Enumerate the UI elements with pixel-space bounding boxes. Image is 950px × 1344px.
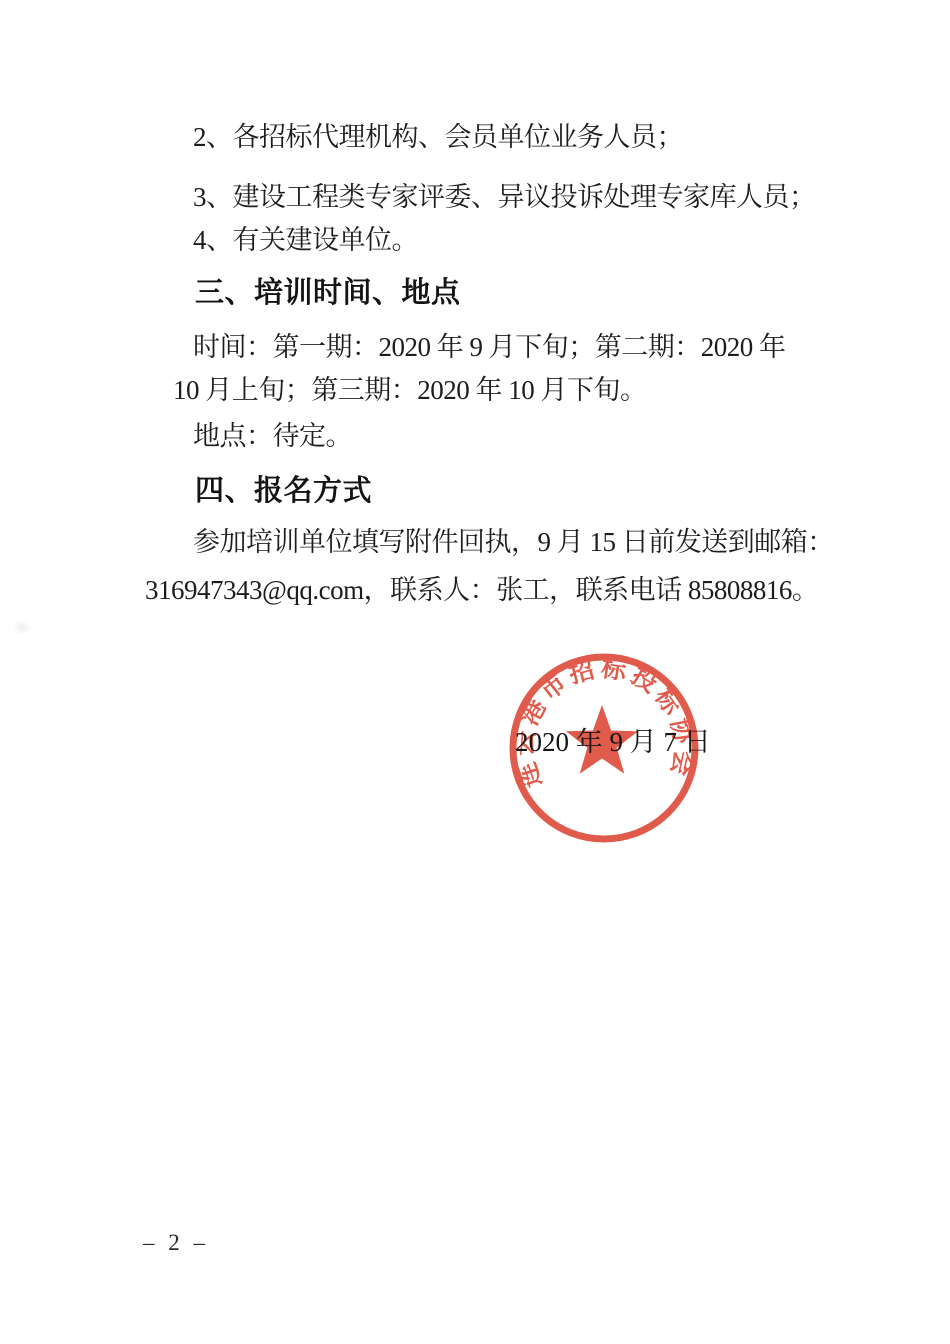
- paragraph-signup-line-1: 参加培训单位填写附件回执，9 月 15 日前发送到邮箱：: [193, 525, 834, 559]
- scan-smudge-mark: [12, 620, 32, 635]
- list-item-4: 4、有关建设单位。: [193, 223, 418, 257]
- section-heading-3: 三、培训时间、地点: [195, 276, 461, 310]
- page-number: – 2 –: [143, 1230, 209, 1256]
- paragraph-time-line-2: 10 月上旬；第三期：2020 年 10 月下旬。: [173, 373, 647, 407]
- paragraph-signup-line-2: 316947343@qq.com，联系人：张工，联系电话 85808816。: [145, 573, 818, 607]
- document-page: 2、各招标代理机构、会员单位业务人员； 3、建设工程类专家评委、异议投诉处理专家…: [0, 0, 950, 1344]
- paragraph-location: 地点：待定。: [193, 419, 352, 453]
- list-item-3: 3、建设工程类专家评委、异议投诉处理专家库人员；: [193, 180, 816, 214]
- paragraph-time-line-1: 时间：第一期：2020 年 9 月下旬；第二期：2020 年: [193, 330, 786, 364]
- list-item-2: 2、各招标代理机构、会员单位业务人员；: [193, 120, 683, 154]
- section-heading-4: 四、报名方式: [195, 474, 372, 508]
- date-line: 2020 年 9 月 7 日: [515, 720, 711, 759]
